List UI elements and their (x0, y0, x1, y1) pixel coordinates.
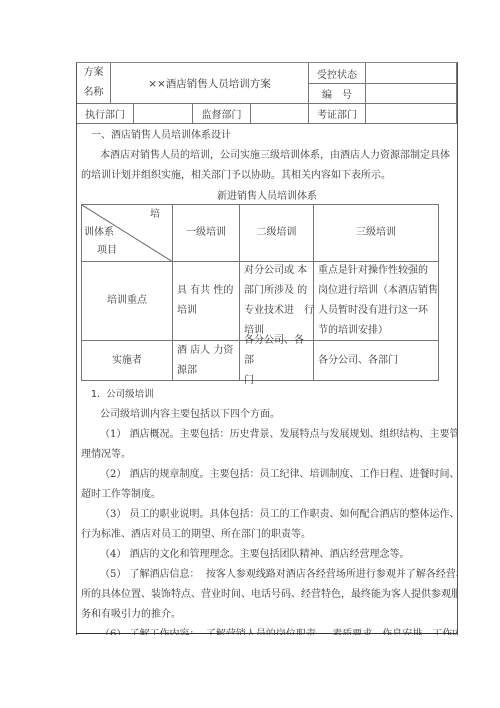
table-caption: 新进销售人员培训体系 (77, 187, 457, 202)
focus-level-1: 具 有共 性的 培训 (172, 261, 240, 341)
column-header-level-2: 二级培训 (239, 204, 314, 262)
row-label-implementer: 实施者 (81, 340, 173, 381)
focus-level-3: 重点是针对操作性较强的 岗位进行培训（本酒店销售 人员暂时没有进行这一环 节的培… (313, 261, 439, 341)
text-line: 重点是针对操作性较强的 (318, 261, 438, 281)
number-label: 编 号 (309, 84, 366, 104)
corner-top-text: 培 (150, 205, 160, 225)
supervise-dept-field[interactable] (251, 104, 309, 124)
paragraph-line: 所的具体位置、装饰特点、营业时间、电话号码、经营特色，最终能为客人提供参观服 (77, 585, 457, 605)
verify-dept-field[interactable] (366, 104, 457, 124)
scheme-name-label-line2: 名称 (84, 83, 104, 103)
text-line: 具 有共 性的 (177, 281, 239, 301)
intro-line-1: 本酒店对销售人员的培训，公司实施三级培训体系，由酒店人力资源部制定具体 (77, 146, 457, 166)
paragraph-line: （3） 员工的职业说明。具体包括：员工的工作职责、如何配合酒店的整体运作、 (77, 505, 457, 525)
subsection-heading: 1. 公司级培训 (77, 385, 457, 405)
exec-dept-label: 执行部门 (77, 104, 134, 124)
scheme-name-label: 方案 名称 (77, 63, 111, 104)
number-field[interactable] (366, 84, 457, 104)
implementer-level-3: 各分公司、各部门 (313, 340, 439, 381)
text-line: 部门所涉及 的 (244, 281, 313, 301)
implementer-level-2: 各分公司、各部 门 (239, 340, 314, 381)
column-header-level-1: 一级培训 (172, 204, 240, 262)
column-header-level-3: 三级培训 (313, 204, 439, 262)
intro-line-2: 的培训计划并组织实施，相关部门予以协助。其相关内容如下表所示。 (77, 166, 457, 186)
scheme-name-label-line1: 方案 (84, 63, 104, 83)
verify-dept-label: 考证部门 (309, 104, 366, 124)
exec-dept-field[interactable] (134, 104, 193, 124)
text-line: 酒 店人 力资 (177, 341, 239, 361)
controlled-status-field[interactable] (366, 63, 457, 84)
paragraph-line: （1） 酒店概况。主要包括：历史背景、发展特点与发展规划、组织结构、主要管 (77, 425, 457, 445)
text-line: 人员暂时没有进行这一环 (318, 301, 438, 321)
document-title: ××酒店销售人员培训方案 (111, 63, 309, 104)
text-line: 对分公司或 本 (244, 261, 313, 281)
corner-cell: 培 训体系 项目 (81, 204, 173, 262)
text-line: 专业技术进 行 (244, 301, 313, 321)
controlled-status-label: 受控状态 (309, 63, 366, 84)
paragraph-line: 务和有吸引力的推介。 (77, 605, 457, 625)
paragraph-line: 公司级培训内容主要包括以下四个方面。 (77, 405, 457, 425)
text-line: 源部 (177, 361, 239, 381)
paragraph-line: （2） 酒店的规章制度。主要包括：员工纪律、培训制度、工作日程、进餐时间、 (77, 465, 457, 485)
document-page: 方案 名称 ××酒店销售人员培训方案 受控状态 编 号 执行部门 监督部门 考证… (76, 62, 458, 635)
row-label-focus: 培训重点 (81, 261, 173, 341)
corner-bottom-text: 项目 (97, 241, 117, 261)
section-1-heading: 一、酒店销售人员培训体系设计 (77, 126, 457, 146)
supervise-dept-label: 监督部门 (193, 104, 251, 124)
corner-middle-text: 训体系 (84, 223, 114, 243)
section-1: 一、酒店销售人员培训体系设计 本酒店对销售人员的培训，公司实施三级培训体系，由酒… (77, 126, 457, 186)
paragraph-line: （4） 酒店的文化和管理理念。主要包括团队精神、酒店经营理念等。 (77, 545, 457, 565)
text-line: 节的培训安排） (318, 321, 438, 341)
text-line: 岗位进行培训（本酒店销售 (318, 281, 438, 301)
text-line: 各分公司、各部门 (318, 351, 438, 371)
subsection-company-training: 1. 公司级培训 公司级培训内容主要包括以下四个方面。（1） 酒店概况。主要包括… (77, 385, 457, 635)
implementer-level-1: 酒 店人 力资 源部 (172, 340, 240, 381)
paragraph-line: 行为标准、酒店对员工的期望、所在部门的职责等。 (77, 525, 457, 545)
subsection-lines: 公司级培训内容主要包括以下四个方面。（1） 酒店概况。主要包括：历史背景、发展特… (77, 405, 457, 635)
text-line: 各分公司、各部 (244, 331, 313, 371)
focus-level-2: 对分公司或 本 部门所涉及 的 专业技术进 行 培训 (239, 261, 314, 341)
paragraph-line: 超时工作等制度。 (77, 485, 457, 505)
text-line: 培训 (177, 301, 239, 321)
paragraph-line: （5） 了解酒店信息： 按客人参观线路对酒店各经营场所进行参观并了解各经营场 (77, 565, 457, 585)
paragraph-line: 理情况等。 (77, 445, 457, 465)
page-bottom-border (76, 633, 457, 634)
